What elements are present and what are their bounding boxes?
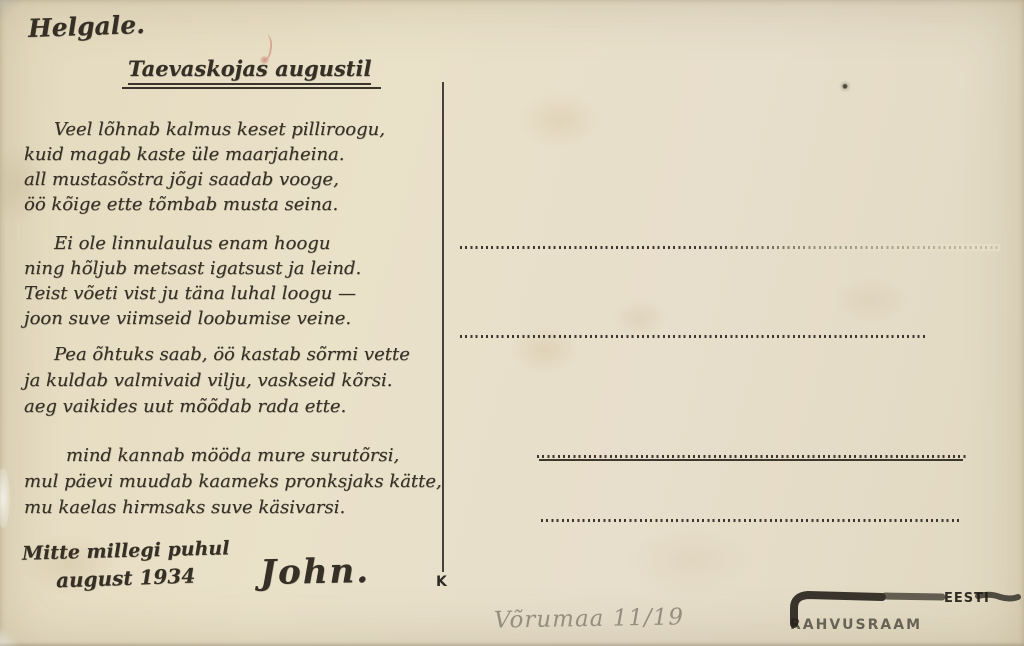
poem-line: ning hõljub metsast igatsust ja leind. — [24, 256, 454, 281]
stamp-text-line2: RAHVUSRAAM — [790, 617, 922, 633]
poem-title-text: Taevaskojas augustil — [128, 56, 371, 85]
poem-line: all mustasõstra jõgi saadab vooge, — [24, 167, 454, 192]
poem-line: Teist võeti vist ju täna luhal loogu — — [24, 281, 454, 306]
poem-line: mu kaelas hirmsaks suve käsivarsi. — [24, 495, 454, 521]
poem-stanza-3: Pea õhtuks saab, öö kastab sõrmi vette j… — [24, 342, 454, 420]
stamp-graphic: EESTI RAHVUSRAAM — [782, 584, 1022, 642]
poem-line: mul päevi muudab kaameks pronksjaks kätt… — [24, 469, 454, 495]
poem-line: kuid magab kaste üle maarjaheina. — [24, 142, 454, 167]
address-dotted-line-3 — [537, 455, 967, 458]
address-dotted-line-2 — [460, 335, 926, 338]
closing-note: Mitte millegi puhul — [22, 537, 230, 564]
center-divider-line — [442, 82, 444, 572]
postcard-back: Helgale. Taevaskojas augustil Veel lõhna… — [0, 0, 1024, 646]
signature: John. — [260, 551, 371, 593]
stamp-text-line1: EESTI — [944, 591, 990, 606]
address-dotted-line-4 — [541, 519, 962, 522]
poem-line: öö kõige ette tõmbab musta seina. — [24, 192, 454, 217]
dotted-line-fade — [700, 244, 1000, 251]
poem-title: Taevaskojas augustil — [128, 56, 371, 85]
address-solid-line — [539, 459, 963, 461]
poem-stanza-2: Ei ole linnulaulus enam hoogu ning hõlju… — [24, 231, 454, 331]
closing-date: august 1934 — [56, 564, 196, 593]
poem-line: aeg vaikides uut mõõdab rada ette. — [24, 394, 454, 420]
poem-line: Pea õhtuks saab, öö kastab sõrmi vette — [24, 342, 454, 368]
pink-stain — [260, 56, 269, 64]
pinhole-mark — [839, 80, 851, 94]
edge-damage — [0, 468, 10, 528]
poem-stanza-4: mind kannab mööda mure surutõrsi, mul pä… — [24, 443, 454, 521]
pencil-archive-note: Võrumaa 11/19 — [494, 604, 684, 633]
corner-wear — [0, 0, 26, 20]
printer-mark: K — [436, 574, 447, 590]
greeting-text: Helgale. — [28, 10, 146, 43]
poem-line: mind kannab mööda mure surutõrsi, — [24, 443, 454, 469]
poem-line: joon suve viimseid loobumise veine. — [24, 306, 454, 331]
poem-stanza-1: Veel lõhnab kalmus keset pilliroogu, kui… — [24, 117, 454, 217]
address-dotted-line-1 — [460, 246, 1000, 249]
library-stamp: EESTI RAHVUSRAAM — [782, 584, 1022, 642]
poem-line: ja kuldab valmivaid vilju, vaskseid kõrs… — [24, 368, 454, 394]
scan-edge-shadow — [0, 642, 1024, 646]
poem-line: Veel lõhnab kalmus keset pilliroogu, — [24, 117, 454, 142]
poem-line: Ei ole linnulaulus enam hoogu — [24, 231, 454, 256]
